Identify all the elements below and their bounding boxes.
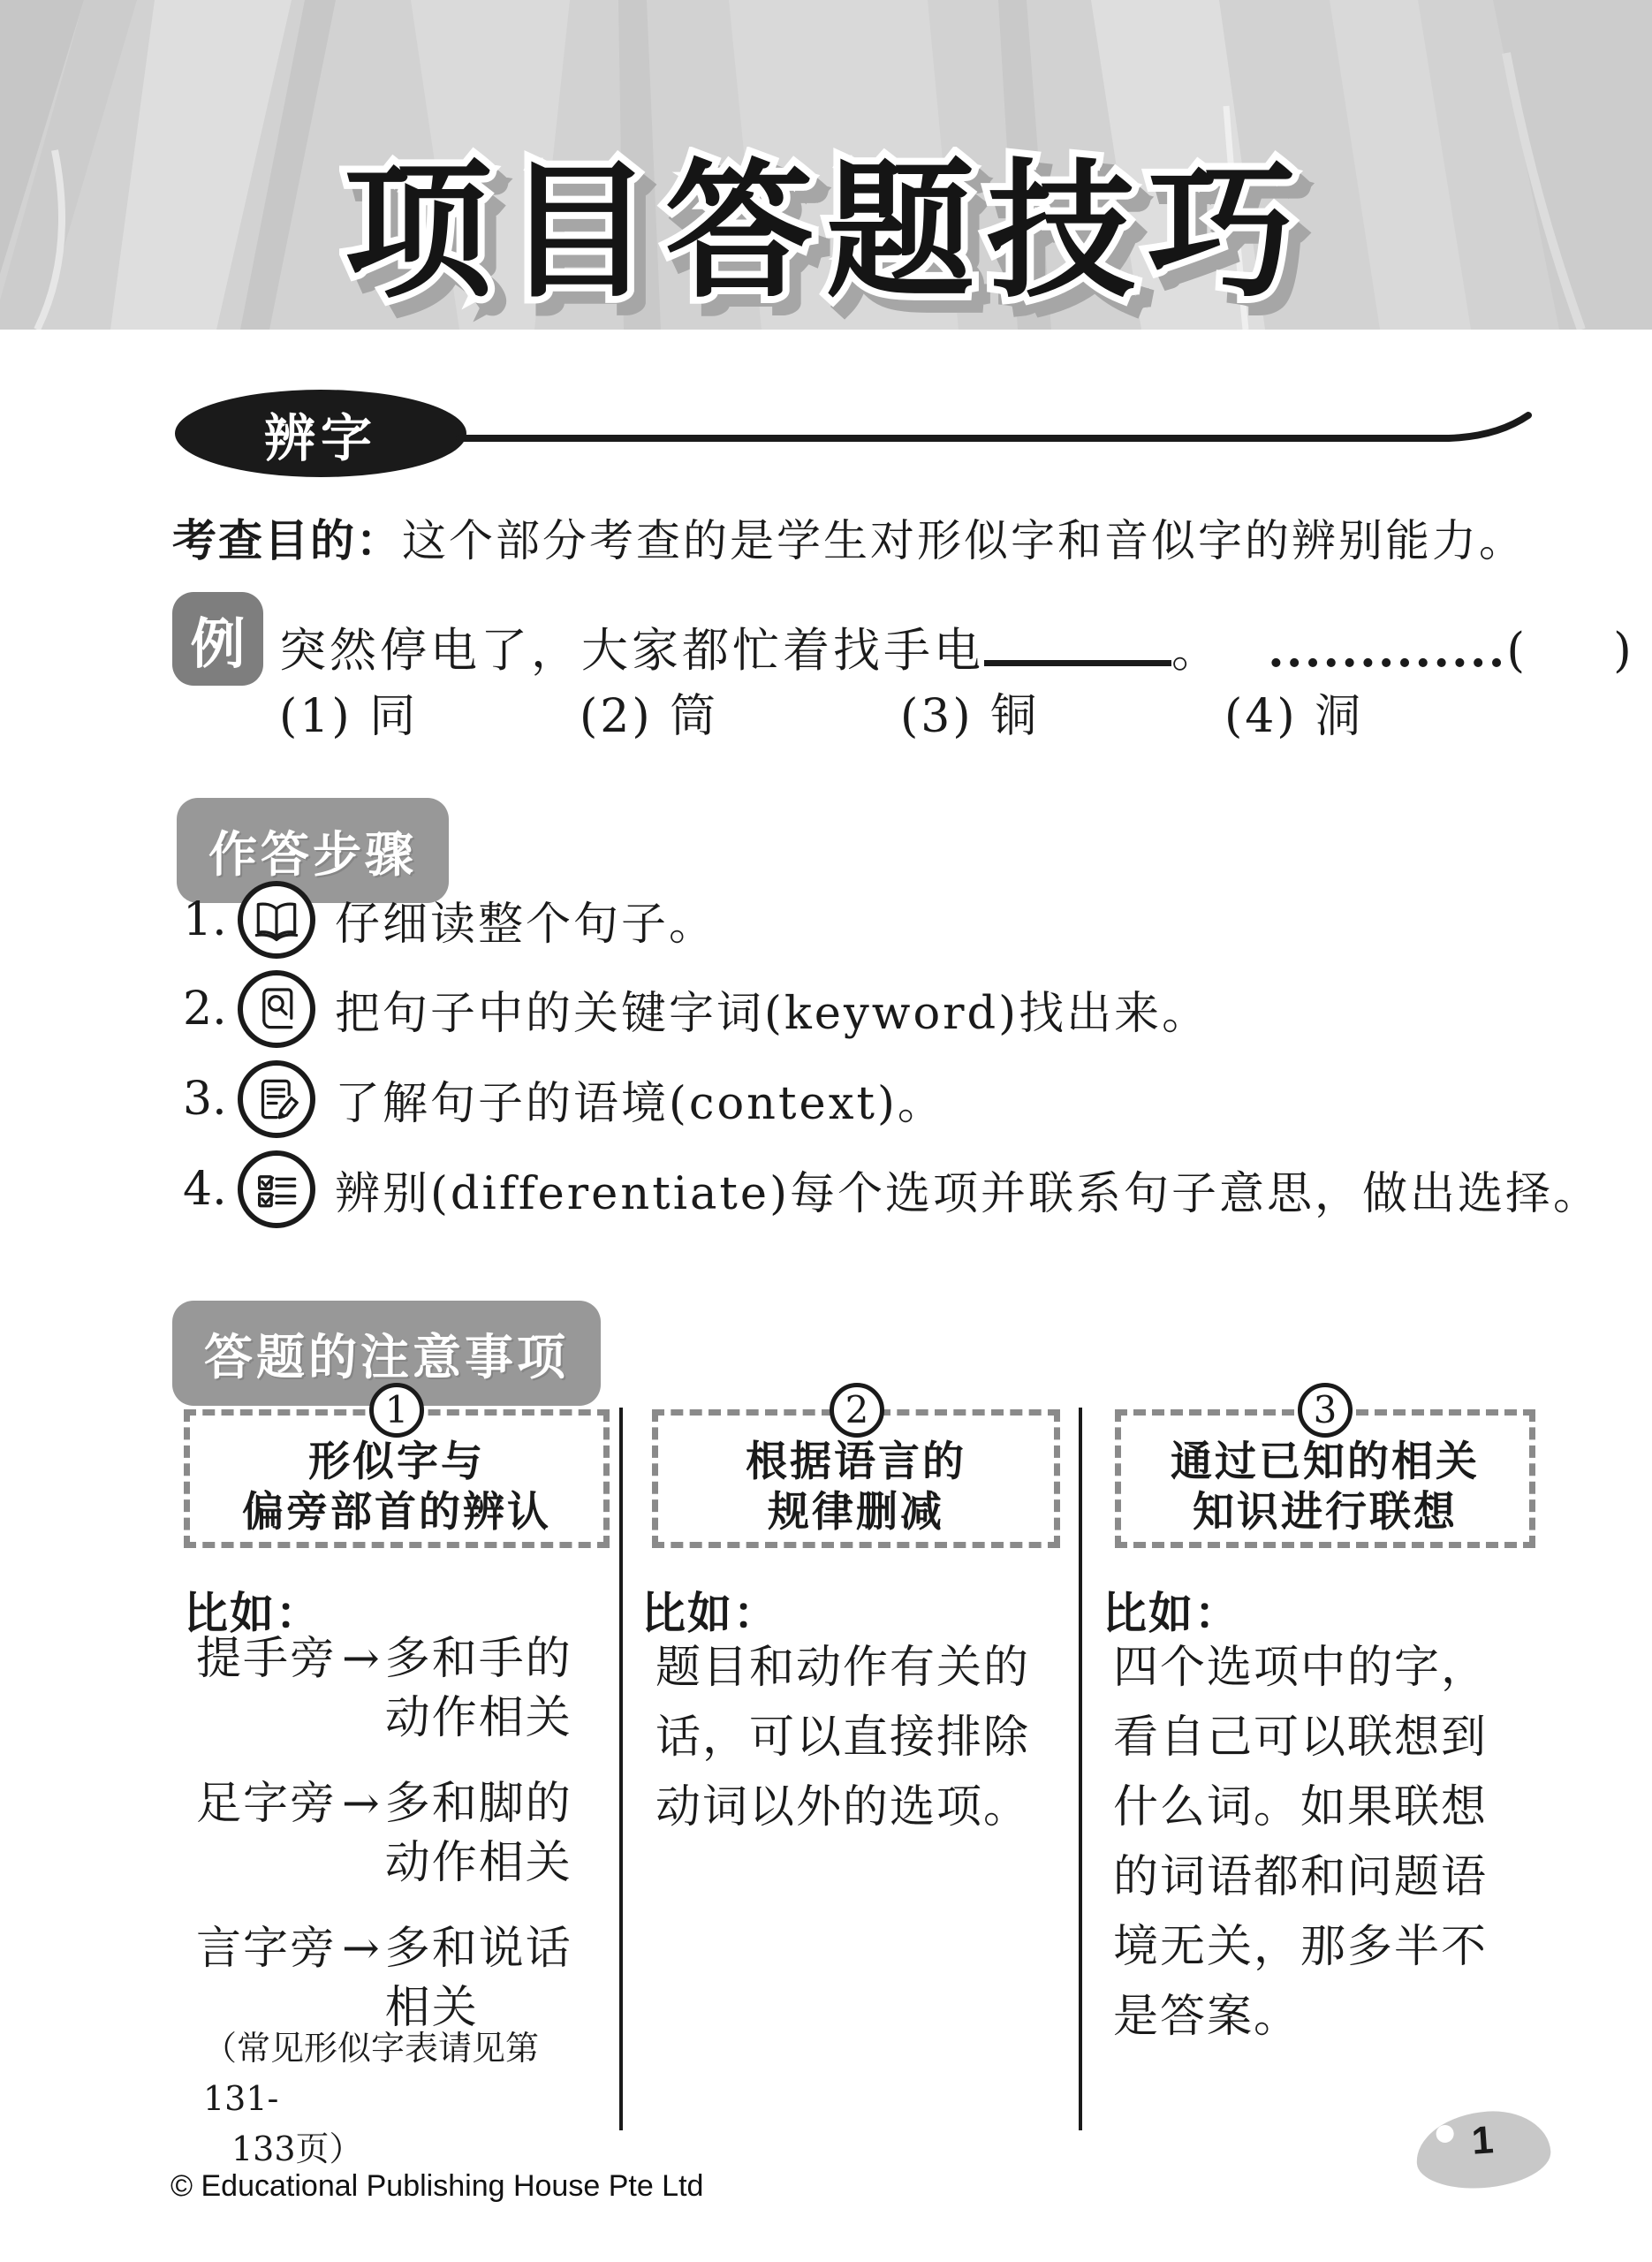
step-number: 3. — [183, 1073, 238, 1126]
checklist-icon — [238, 1150, 315, 1228]
note-column-2-paragraph: 题目和动作有关的话，可以直接排除动词以外的选项。 — [655, 1633, 1039, 1842]
step-text: 了解句子的语境(context)。 — [335, 1066, 945, 1132]
note-column-2-title-line1: 根据语言的 — [658, 1437, 1054, 1487]
column-divider-1 — [619, 1408, 623, 2130]
note-column-1-title-line2: 偏旁部首的辨认 — [190, 1487, 603, 1537]
note-column-2-title-line2: 规律删减 — [658, 1487, 1054, 1537]
step-row-4: 4. 辨别(differentiate)每个选项并联系句子意思，做出选择。 — [183, 1149, 1601, 1230]
answer-bracket-open: ( — [1506, 624, 1528, 678]
page-number: 1 — [1414, 2114, 1551, 2167]
page-number-blob: 1 — [1413, 2107, 1553, 2192]
radical-meaning: 多和说话相关 — [385, 1919, 572, 2038]
section-tag-rule-line — [455, 398, 1542, 459]
section-tag-badge: 辨字 — [175, 390, 466, 477]
reference-note: （常见形似字表请见第131- 133页） — [203, 2023, 610, 2175]
note-pencil-icon — [238, 1060, 315, 1138]
document-page: 项目答题技巧 辨字 考查目的：这个部分考查的是学生对形似字和音似字的辨别能力。 … — [0, 0, 1652, 2262]
circled-number-3: 3 — [1298, 1383, 1353, 1438]
note-column-3-title-line1: 通过已知的相关 — [1121, 1437, 1529, 1487]
radical-name: 足字旁 — [196, 1774, 337, 1893]
option-3: (3) 铜 — [900, 679, 1039, 745]
step-row-2: 2. 把句子中的关键字词(keyword)找出来。 — [183, 968, 1209, 1050]
step-number: 1. — [183, 893, 238, 946]
radical-rule-list: 提手旁 → 多和手的动作相关 足字旁 → 多和脚的动作相关 言字旁 → 多和说话… — [196, 1629, 611, 2064]
arrow-icon: → — [337, 1774, 385, 1893]
note-column-3-title-line2: 知识进行联想 — [1121, 1487, 1529, 1537]
circled-number-1: 1 — [369, 1383, 424, 1438]
example-period: 。 — [1171, 624, 1222, 678]
header-banner: 项目答题技巧 — [0, 0, 1652, 330]
step-text: 辨别(differentiate)每个选项并联系句子意思，做出选择。 — [335, 1157, 1601, 1222]
step-row-1: 1. 仔细读整个句子。 — [183, 879, 716, 960]
radical-meaning: 多和脚的动作相关 — [385, 1774, 572, 1893]
step-row-3: 3. 了解句子的语境(context)。 — [183, 1059, 945, 1140]
search-book-icon — [238, 970, 315, 1048]
option-1: (1) 同 — [279, 679, 418, 745]
step-text: 把句子中的关键字词(keyword)找出来。 — [335, 976, 1209, 1042]
example-options-row: (1) 同 (2) 筒 (3) 铜 (4) 洞 — [0, 679, 1652, 740]
example-question: 突然停电了，大家都忙着找手电。.............() — [279, 613, 1635, 680]
reference-note-line2: 133页） — [203, 2124, 610, 2175]
radical-name: 提手旁 — [196, 1629, 337, 1748]
column-divider-2 — [1079, 1408, 1082, 2130]
section-tag-label: 辨字 — [264, 397, 377, 471]
radical-name: 言字旁 — [196, 1919, 337, 2038]
arrow-icon: → — [337, 1629, 385, 1748]
purpose-text: 这个部分考查的是学生对形似字和音似字的辨别能力。 — [402, 515, 1526, 566]
example-question-text: 突然停电了，大家都忙着找手电 — [279, 624, 984, 678]
arrow-icon: → — [337, 1919, 385, 2038]
purpose-label: 考查目的： — [172, 516, 402, 565]
step-number: 2. — [183, 983, 238, 1036]
page-title: 项目答题技巧 — [0, 113, 1652, 326]
reference-note-line1: （常见形似字表请见第131- — [203, 2023, 610, 2124]
step-text: 仔细读整个句子。 — [335, 887, 716, 953]
answer-blank-line — [984, 660, 1171, 666]
note-column-3-paragraph: 四个选项中的字，看自己可以联想到什么词。如果联想的词语都和问题语境无关，那多半不… — [1113, 1633, 1497, 2052]
copyright-text: © Educational Publishing House Pte Ltd — [171, 2169, 703, 2204]
leader-dots: ............. — [1268, 621, 1506, 678]
list-item: 提手旁 → 多和手的动作相关 — [196, 1629, 611, 1748]
radical-meaning: 多和手的动作相关 — [385, 1629, 572, 1748]
option-2: (2) 筒 — [580, 679, 718, 745]
option-4: (4) 洞 — [1224, 679, 1363, 745]
open-book-icon — [238, 881, 315, 959]
circled-number-2: 2 — [830, 1383, 884, 1438]
note-column-1-title-line1: 形似字与 — [190, 1437, 603, 1487]
list-item: 足字旁 → 多和脚的动作相关 — [196, 1774, 611, 1893]
answer-bracket-close: ) — [1613, 624, 1635, 678]
step-number: 4. — [183, 1163, 238, 1216]
list-item: 言字旁 → 多和说话相关 — [196, 1919, 611, 2038]
purpose-line: 考查目的：这个部分考查的是学生对形似字和音似字的辨别能力。 — [172, 505, 1542, 569]
example-badge: 例 — [172, 592, 263, 686]
